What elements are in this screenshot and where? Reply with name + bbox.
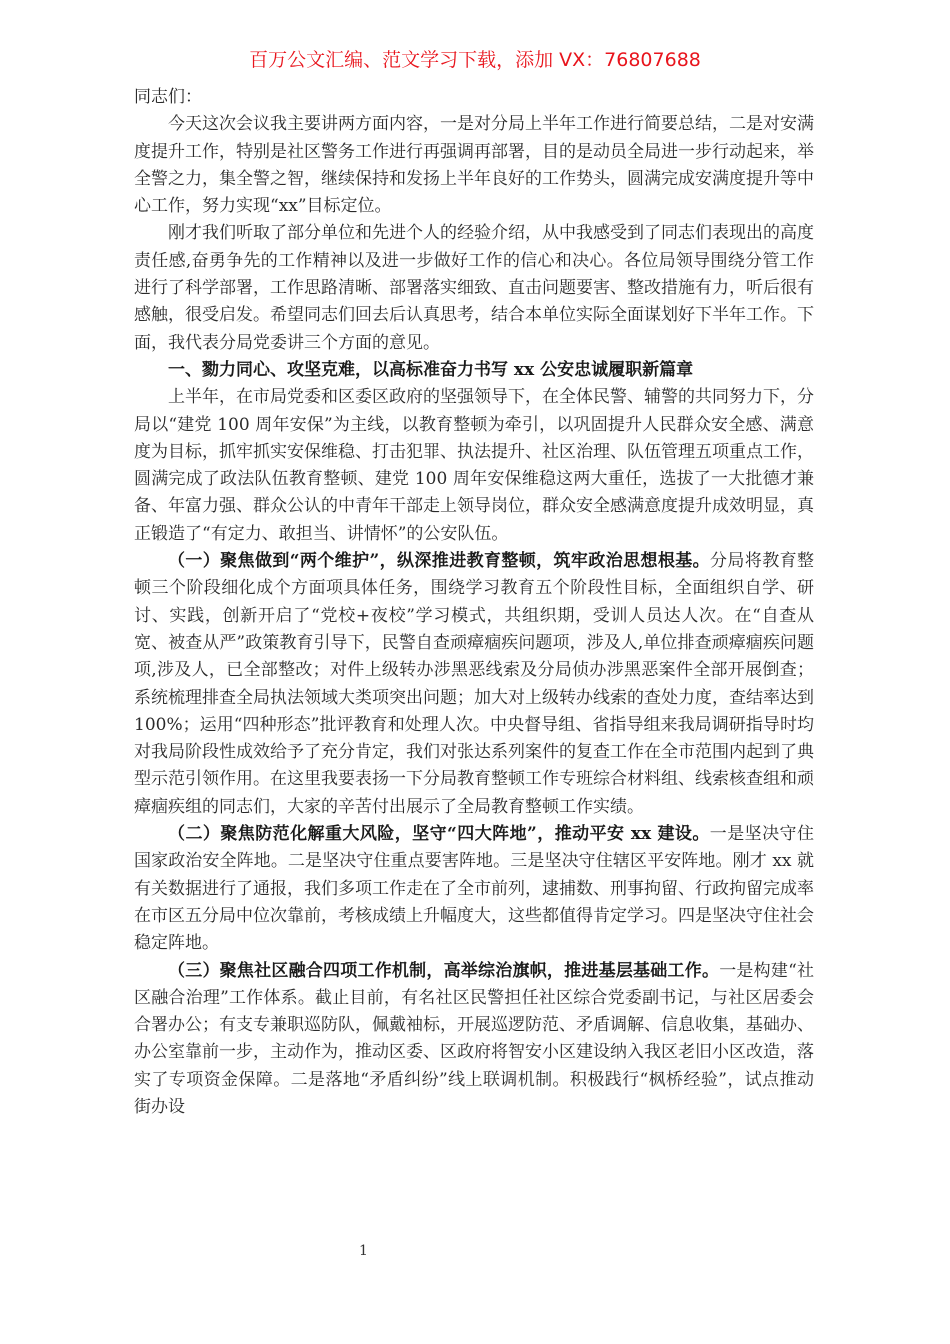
section-heading-1: 一、勠力同心、攻坚克难，以高标准奋力书写 xx 公安忠诚履职新篇章 <box>134 357 814 384</box>
watermark-banner: 百万公文汇编、范文学习下载，添加 VX：76807688 <box>0 45 950 72</box>
subsection-heading-3: （三）聚焦社区融合四项工作机制，高举综治旗帜，推进基层基础工作。 <box>168 961 719 981</box>
subsection-1: （一）聚焦做到“两个维护”，纵深推进教育整顿，筑牢政治思想根基。分局将教育整顿三… <box>134 548 814 821</box>
page-number: 1 <box>359 1243 368 1259</box>
subsection-3: （三）聚焦社区融合四项工作机制，高举综治旗帜，推进基层基础工作。一是构建“社区融… <box>134 958 814 1122</box>
document-page: 同志们： 今天这次会议我主要讲两方面内容，一是对分局上半年工作进行简要总结，二是… <box>134 84 814 1121</box>
salutation: 同志们： <box>134 84 814 111</box>
subsection-body-3: 一是构建“社区融合治理”工作体系。截止目前，有名社区民警担任社区综合党委副书记，… <box>134 961 814 1117</box>
paragraph-experience: 刚才我们听取了部分单位和先进个人的经验介绍，从中我感受到了同志们表现出的高度责任… <box>134 220 814 356</box>
subsection-heading-1: （一）聚焦做到“两个维护”，纵深推进教育整顿，筑牢政治思想根基。 <box>168 551 710 571</box>
section-1-body: 上半年，在市局党委和区委区政府的坚强领导下，在全体民警、辅警的共同努力下，分局以… <box>134 384 814 548</box>
subsection-body-1: 分局将教育整顿三个阶段细化成个方面项具体任务，围绕学习教育五个阶段性目标，全面组… <box>134 551 814 817</box>
subsection-heading-2: （二）聚焦防范化解重大风险，坚守“四大阵地”，推动平安 xx 建设。 <box>168 824 710 844</box>
subsection-2: （二）聚焦防范化解重大风险，坚守“四大阵地”，推动平安 xx 建设。一是坚决守住… <box>134 821 814 957</box>
paragraph-intro: 今天这次会议我主要讲两方面内容，一是对分局上半年工作进行简要总结，二是对安满度提… <box>134 111 814 220</box>
